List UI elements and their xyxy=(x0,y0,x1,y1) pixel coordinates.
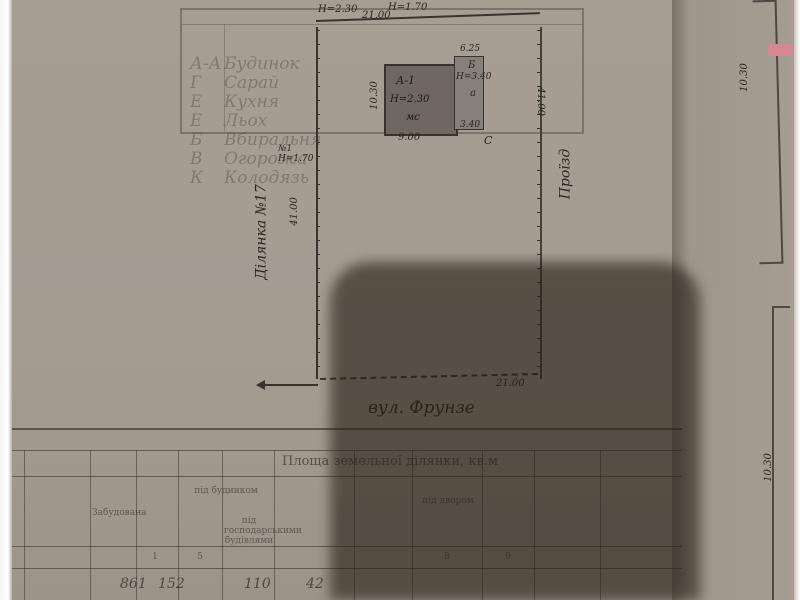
shadow-overlay xyxy=(330,262,700,600)
building-depth: 10.30 xyxy=(369,81,380,110)
adjacent-plan-outline-lower xyxy=(772,306,790,600)
right-side-label: Проїзд xyxy=(557,149,573,200)
left-corner-number: №1 xyxy=(278,144,292,154)
annex-height: Н=3.40 xyxy=(456,72,491,82)
table-col xyxy=(24,450,25,600)
building-width: 9.00 xyxy=(398,132,420,143)
porch-label: С xyxy=(484,134,492,147)
annex-width: 6.25 xyxy=(460,44,480,54)
pink-tab xyxy=(768,44,792,56)
legend-row: БВбиральня xyxy=(190,131,321,150)
left-corner-height: Н=1.70 xyxy=(278,154,313,164)
legend-row: ЕКухня xyxy=(190,93,321,112)
table-col xyxy=(274,450,275,600)
area-outbuildings: 42 xyxy=(306,576,324,592)
left-neighbor-label: Ділянка №17 xyxy=(254,184,270,279)
legend-rows: А-АБудинок ГСарай ЕКухня ЕЛьох БВбиральн… xyxy=(190,55,321,188)
area-house: 110 xyxy=(244,576,271,592)
street-arrow-line xyxy=(262,384,318,386)
area-total: 861 xyxy=(120,576,147,592)
area-built: 152 xyxy=(158,576,185,592)
column-number: 5 xyxy=(178,552,222,562)
annex-mark: а xyxy=(470,88,476,99)
building-label: А-1 xyxy=(396,74,415,87)
table-col xyxy=(222,450,223,600)
left-dimension: 41.00 xyxy=(289,197,300,226)
photo-border-left xyxy=(0,0,12,600)
building-height: Н=2.30 xyxy=(390,94,429,105)
photo-border-right xyxy=(794,0,800,600)
adjacent-dimension-bottom: 10.30 xyxy=(763,453,774,482)
top-height-mark: Н=1.70 xyxy=(388,2,427,13)
lot-left-ticks xyxy=(316,30,320,375)
table-header: під будинком xyxy=(178,486,274,496)
top-dimension: 21.00 xyxy=(362,10,391,21)
table-col xyxy=(90,450,91,600)
building-material: мс xyxy=(406,112,420,123)
corner-height-mark: Н=2.30 xyxy=(318,4,357,15)
table-header: Забудована xyxy=(92,508,136,518)
annex-side: 3.40 xyxy=(460,120,480,130)
legend-row: ГСарай xyxy=(190,74,321,93)
table-header: під господарськими будівлями xyxy=(224,516,274,546)
right-dimension: 41.00 xyxy=(535,87,546,116)
adjacent-dimension-top: 10.30 xyxy=(739,63,750,92)
arrow-left-icon xyxy=(256,380,265,390)
legend-row: А-АБудинок xyxy=(190,55,321,74)
column-number: 1 xyxy=(132,552,178,562)
legend-row: ЕЛьох xyxy=(190,112,321,131)
annex-label: Б xyxy=(468,60,475,71)
